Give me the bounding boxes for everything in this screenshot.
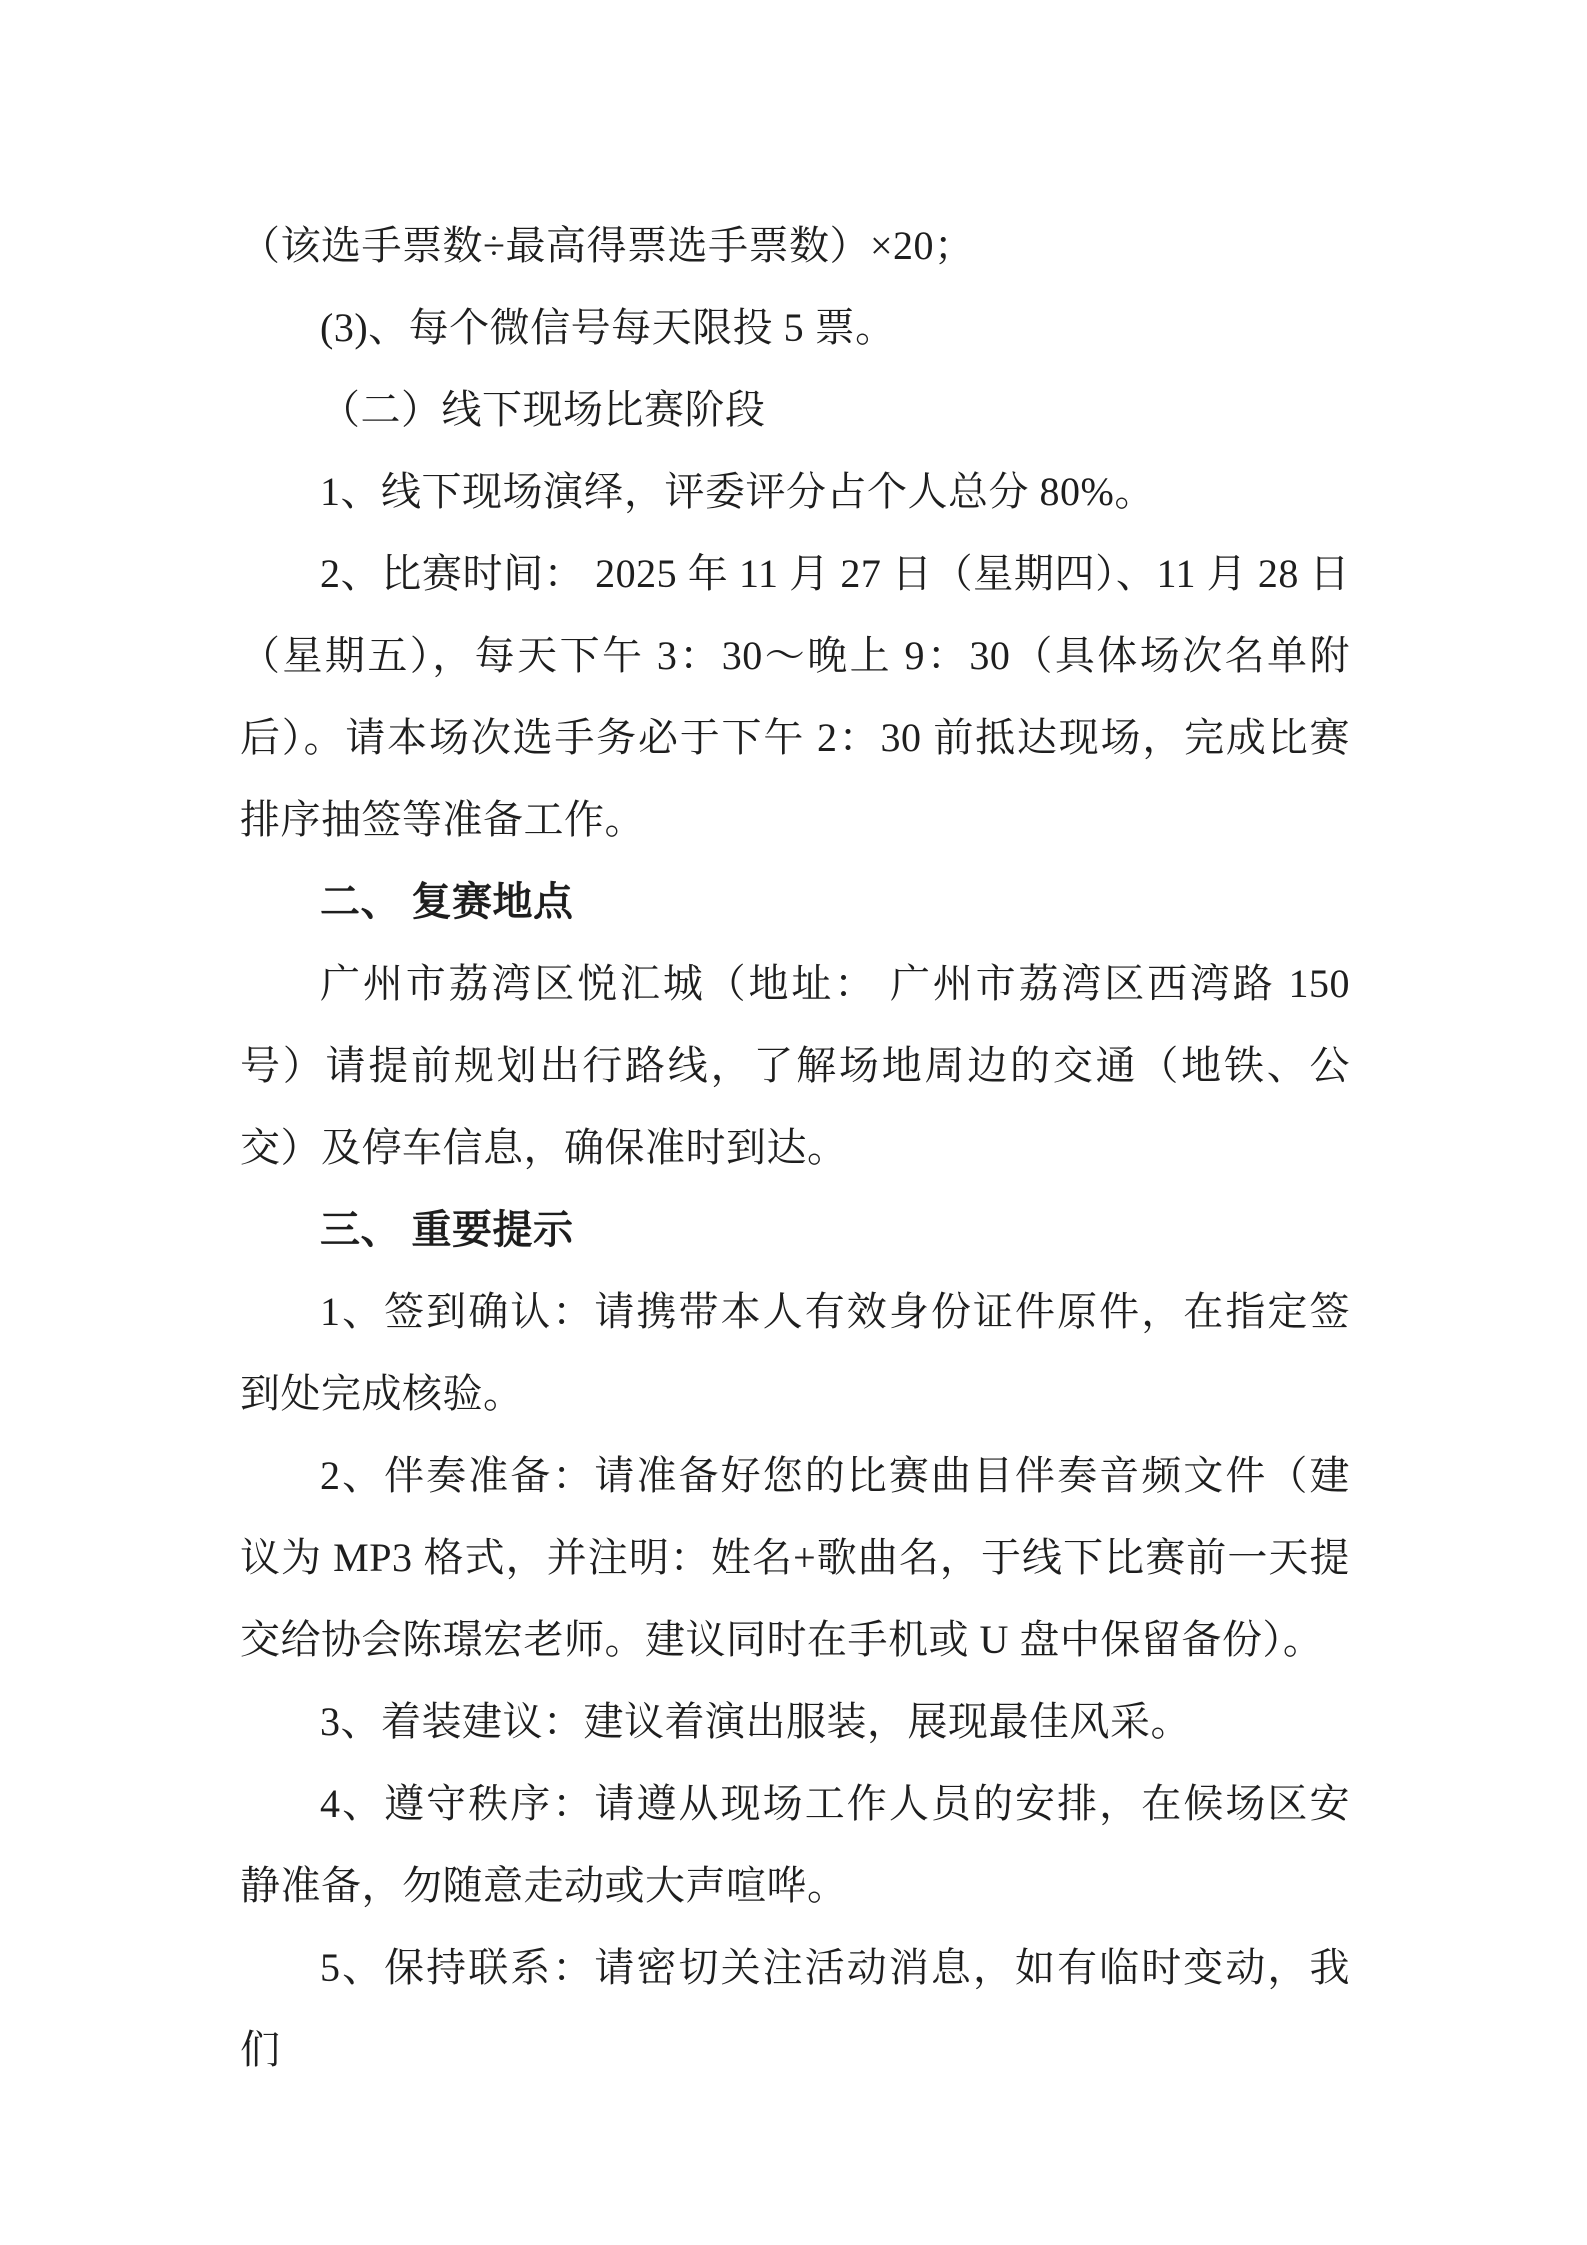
paragraph-venue-address: 广州市荔湾区悦汇城（地址： 广州市荔湾区西湾路 150 号）请提前规划出行路线，… [240, 943, 1350, 1189]
paragraph-checkin-confirmation: 1、签到确认：请携带本人有效身份证件原件，在指定签到处完成核验。 [240, 1271, 1350, 1435]
paragraph-order-compliance: 4、遵守秩序：请遵从现场工作人员的安排，在候场区安静准备，勿随意走动或大声喧哗。 [240, 1763, 1350, 1927]
section-heading-venue: 二、 复赛地点 [240, 861, 1350, 943]
document-content: （该选手票数÷最高得票选手票数）×20； (3)、每个微信号每天限投 5 票。 … [240, 205, 1350, 2091]
paragraph-dress-suggestion: 3、着装建议：建议着演出服装，展现最佳风采。 [240, 1681, 1350, 1763]
paragraph-stay-in-touch: 5、保持联系：请密切关注活动消息，如有临时变动，我们 [240, 1927, 1350, 2091]
document-page: （该选手票数÷最高得票选手票数）×20； (3)、每个微信号每天限投 5 票。 … [0, 0, 1587, 2245]
paragraph-accompaniment-preparation: 2、伴奏准备：请准备好您的比赛曲目伴奏音频文件（建议为 MP3 格式，并注明：姓… [240, 1435, 1350, 1681]
paragraph-competition-time: 2、比赛时间： 2025 年 11 月 27 日（星期四）、11 月 28 日（… [240, 533, 1350, 861]
paragraph-score-formula: （该选手票数÷最高得票选手票数）×20； [240, 205, 1350, 287]
section-heading-important-notes: 三、 重要提示 [240, 1189, 1350, 1271]
paragraph-vote-limit: (3)、每个微信号每天限投 5 票。 [240, 287, 1350, 369]
subsection-heading-offline-stage: （二）线下现场比赛阶段 [240, 369, 1350, 451]
paragraph-offline-scoring: 1、线下现场演绎，评委评分占个人总分 80%。 [240, 451, 1350, 533]
